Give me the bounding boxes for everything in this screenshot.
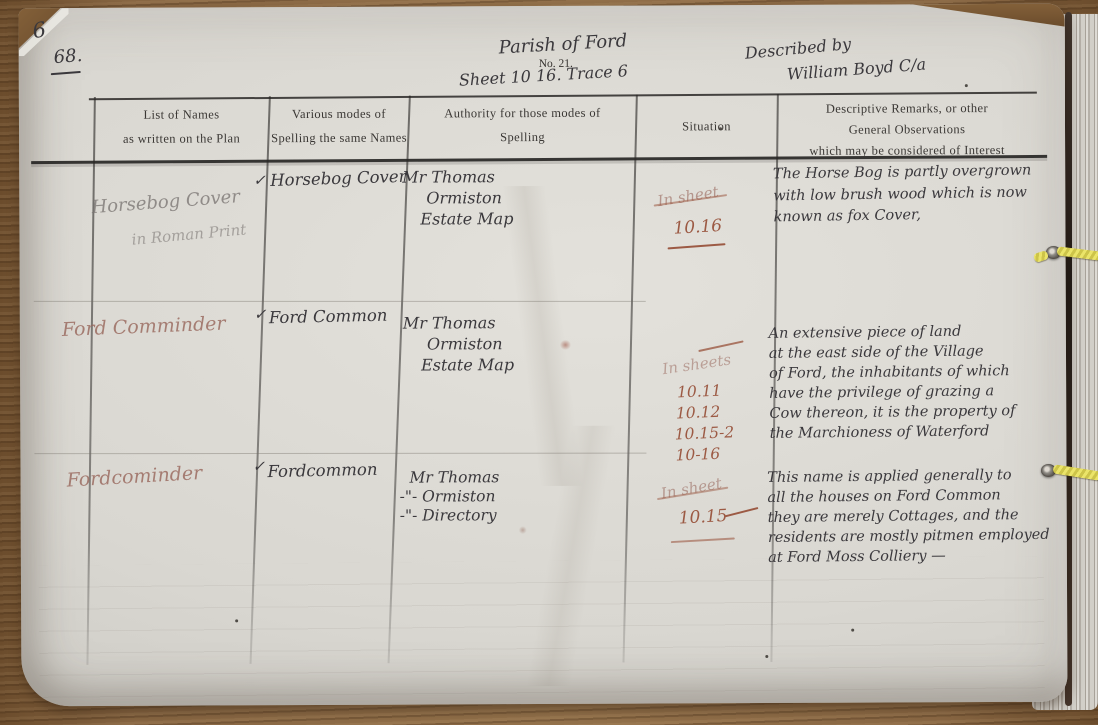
column-header-spelling-modes: Various modes of Spelling the same Names — [269, 107, 409, 156]
column-header-line: Spelling — [409, 130, 636, 146]
ink-stain — [560, 340, 571, 350]
situation-sheet-number: 10.15 — [678, 506, 728, 529]
plan-name-entry: Horsebog Cover — [91, 186, 241, 218]
situation-strike — [698, 340, 743, 352]
authority-line: Mr Thomas — [403, 312, 514, 333]
speck — [235, 619, 238, 622]
situation-number: 10.11 — [677, 380, 733, 403]
authority-line: -"- Directory — [400, 506, 500, 525]
authority-line: Mr Thomas — [409, 468, 499, 487]
remarks-line: The Horse Bog is partly overgrown — [773, 161, 1032, 186]
remarks-entry: An extensive piece of land at the east s… — [768, 321, 1015, 444]
describer-name: William Boyd C/a — [786, 54, 926, 83]
column-header-remarks: Descriptive Remarks, or other General Ob… — [777, 101, 1037, 168]
plan-name-note: in Roman Print — [131, 220, 247, 248]
remarks-line: of Ford, the inhabitants of which — [769, 361, 1015, 384]
column-header-line: Authority for those modes of — [409, 106, 636, 122]
tick-mark: ✓ — [254, 305, 267, 323]
authority-entry: Mr Thomas Ormiston Estate Map — [403, 312, 514, 375]
folio-page-number: 68. — [53, 45, 83, 68]
bleedthrough-ruling — [39, 556, 1045, 701]
ink-stain — [519, 526, 527, 534]
described-by-label: Described by — [744, 34, 852, 63]
remarks-line: with low brush wood which is now — [773, 182, 1032, 207]
row-separator — [34, 301, 646, 302]
parish-title: Parish of Ford — [498, 30, 628, 58]
authority-line: Estate Map — [420, 208, 513, 229]
top-right-page-curl — [905, 4, 1065, 28]
column-header-line: as written on the Plan — [94, 131, 269, 147]
table-top-rule — [89, 92, 1037, 101]
authority-entry: Mr Thomas -"- Ormiston -"- Directory — [399, 468, 499, 525]
remarks-entry: This name is applied generally to all th… — [767, 465, 1050, 568]
column-header-authority: Authority for those modes of Spelling — [409, 106, 636, 155]
column-header-situation: Situation — [636, 119, 777, 144]
authority-line: Ormiston — [427, 333, 514, 354]
authority-line: Estate Map — [421, 354, 514, 375]
column-header-line: Spelling the same Names — [269, 131, 409, 147]
speck — [765, 655, 768, 658]
spelling-entry: Horsebog Cover — [270, 167, 407, 190]
folio-underline — [51, 71, 81, 75]
remarks-line: This name is applied generally to — [767, 465, 1049, 488]
speck — [965, 84, 968, 87]
column-header-names: List of Names as written on the Plan — [94, 107, 269, 156]
remarks-line: at the east side of the Village — [769, 341, 1015, 364]
plan-name-entry: Ford Comminder — [62, 313, 226, 341]
authority-line: -"- Ormiston — [400, 487, 500, 506]
spelling-entry: Fordcommon — [267, 460, 377, 481]
remarks-line: have the privilege of grazing a — [769, 381, 1015, 404]
remarks-line: the Marchioness of Waterford — [770, 421, 1016, 444]
situation-underline — [671, 537, 735, 542]
remarks-line: residents are mostly pitmen employed — [768, 525, 1050, 548]
authority-entry: Mr Thomas Ormiston Estate Map — [402, 166, 513, 229]
column-header-line: General Observations — [777, 122, 1037, 138]
speck — [851, 629, 854, 632]
column-header-line: which may be considered of Interest — [777, 143, 1037, 159]
plan-name-entry: Fordcominder — [66, 462, 203, 492]
situation-number: 10-16 — [675, 443, 735, 466]
authority-line: Ormiston — [426, 187, 513, 208]
remarks-line: known as fox Cover, — [773, 204, 1032, 229]
authority-line: Mr Thomas — [402, 166, 513, 187]
namebook-page: 6 68. Parish of Ford No. 21. Sheet 10 16… — [18, 4, 1067, 707]
situation-sheet-numbers: 10.11 10.12 10.15-2 10-16 — [677, 380, 736, 466]
tick-mark: ✓ — [252, 457, 265, 475]
remarks-line: An extensive piece of land — [768, 321, 1014, 344]
column-header-line: Various modes of — [269, 107, 409, 123]
remarks-line: at Ford Moss Colliery — — [768, 545, 1050, 568]
situation-number: 10.12 — [675, 401, 733, 424]
column-header-line: List of Names — [94, 107, 269, 123]
situation-dash — [725, 507, 758, 517]
tick-mark: ✓ — [253, 171, 266, 189]
remarks-entry: The Horse Bog is partly overgrown with l… — [773, 161, 1032, 229]
situation-number: 10.15-2 — [674, 422, 734, 445]
situation-sheet-label: In sheets — [661, 350, 732, 378]
column-header-line: Descriptive Remarks, or other — [777, 101, 1037, 117]
remarks-line: Cow thereon, it is the property of — [769, 401, 1015, 424]
spelling-entry: Ford Common — [269, 306, 388, 328]
column-header-line: Situation — [636, 119, 777, 135]
sheet-trace-note: Sheet 10 16. Trace 6 — [458, 61, 628, 90]
situation-sheet-number: 10.16 — [673, 216, 723, 239]
row-separator — [34, 453, 646, 455]
situation-underline — [668, 243, 726, 249]
